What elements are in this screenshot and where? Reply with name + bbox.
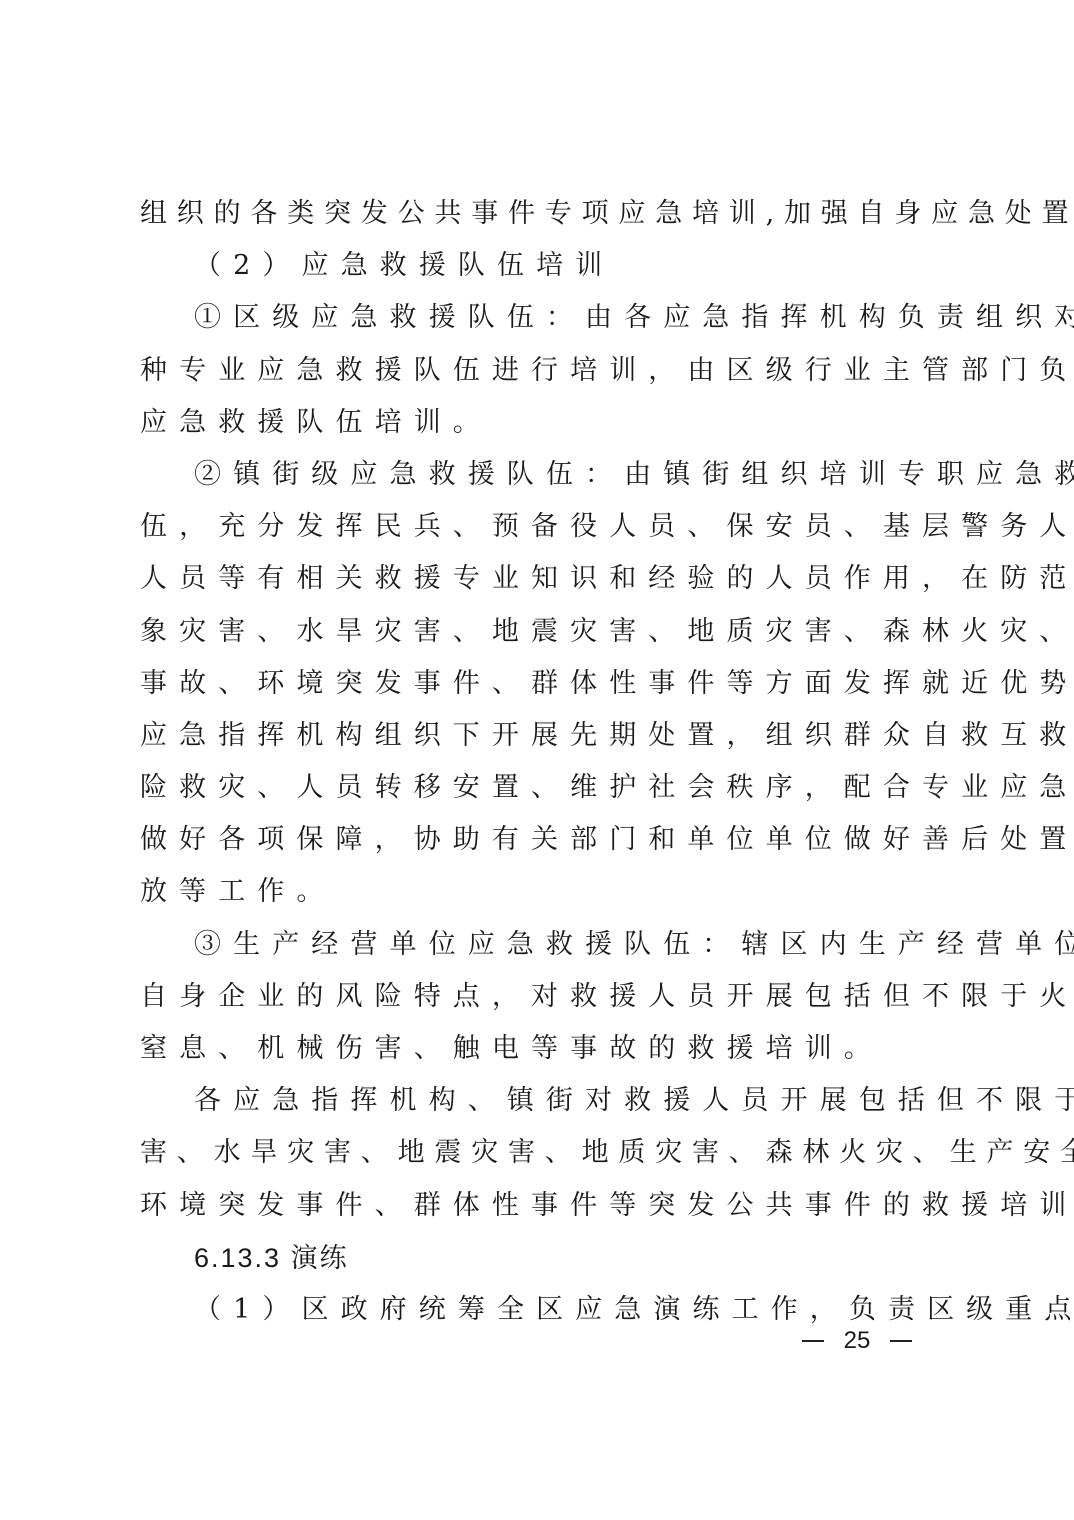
- paragraph-line: 放等工作。: [140, 866, 940, 918]
- subsection-heading-team-training: （2）应急救援队伍培训: [140, 240, 940, 292]
- paragraph-line: 各应急指挥机构、镇街对救援人员开展包括但不限于气象灾: [140, 1075, 940, 1127]
- paragraph-line: 环境突发事件、群体性事件等突发公共事件的救援培训。: [140, 1180, 940, 1232]
- paragraph-line: 应急救援队伍培训。: [140, 397, 940, 449]
- section-heading-drills: 6.13.3 演练: [140, 1232, 940, 1284]
- paragraph-line: 组织的各类突发公共事件专项应急培训,加强自身应急处置能力。: [140, 188, 940, 240]
- paragraph-line: ①区级应急救援队伍：由各应急指挥机构负责组织对相应灾: [140, 292, 940, 344]
- paragraph-line: 人员等有相关救援专业知识和经验的人员作用，在防范和应对气: [140, 553, 940, 605]
- paragraph-line: 种专业应急救援队伍进行培训，由区级行业主管部门负责本行业: [140, 345, 940, 397]
- paragraph-line: ③生产经营单位应急救援队伍：辖区内生产经营单位应针对: [140, 919, 940, 971]
- paragraph-line: 应急指挥机构组织下开展先期处置，组织群众自救互救，参与抢: [140, 710, 940, 762]
- paragraph-line: 做好各项保障，协助有关部门和单位单位做好善后处置、物资发: [140, 814, 940, 866]
- paragraph-line: 害、水旱灾害、地震灾害、地质灾害、森林火灾、生产安全事故、: [140, 1127, 940, 1179]
- page-footer: 25: [802, 1323, 912, 1359]
- paragraph-line: 自身企业的风险特点，对救援人员开展包括但不限于火灾、中毒: [140, 971, 940, 1023]
- page-number: 25: [844, 1323, 871, 1359]
- paragraph-line: 象灾害、水旱灾害、地震灾害、地质灾害、森林火灾、生产安全: [140, 606, 940, 658]
- paragraph-line: 险救灾、人员转移安置、维护社会秩序，配合专业应急救援队伍: [140, 762, 940, 814]
- body-text: 组织的各类突发公共事件专项应急培训,加强自身应急处置能力。 （2）应急救援队伍培…: [140, 188, 940, 1336]
- document-page: 组织的各类突发公共事件专项应急培训,加强自身应急处置能力。 （2）应急救援队伍培…: [0, 0, 1074, 1520]
- paragraph-line: 事故、环境突发事件、群体性事件等方面发挥就近优势，在相关: [140, 658, 940, 710]
- dash-left: [802, 1340, 824, 1342]
- paragraph-line: 窒息、机械伤害、触电等事故的救援培训。: [140, 1023, 940, 1075]
- paragraph-line: ②镇街级应急救援队伍：由镇街组织培训专职应急救援队: [140, 449, 940, 501]
- dash-right: [890, 1340, 912, 1342]
- paragraph-line: 伍，充分发挥民兵、预备役人员、保安员、基层警务人员、医务: [140, 501, 940, 553]
